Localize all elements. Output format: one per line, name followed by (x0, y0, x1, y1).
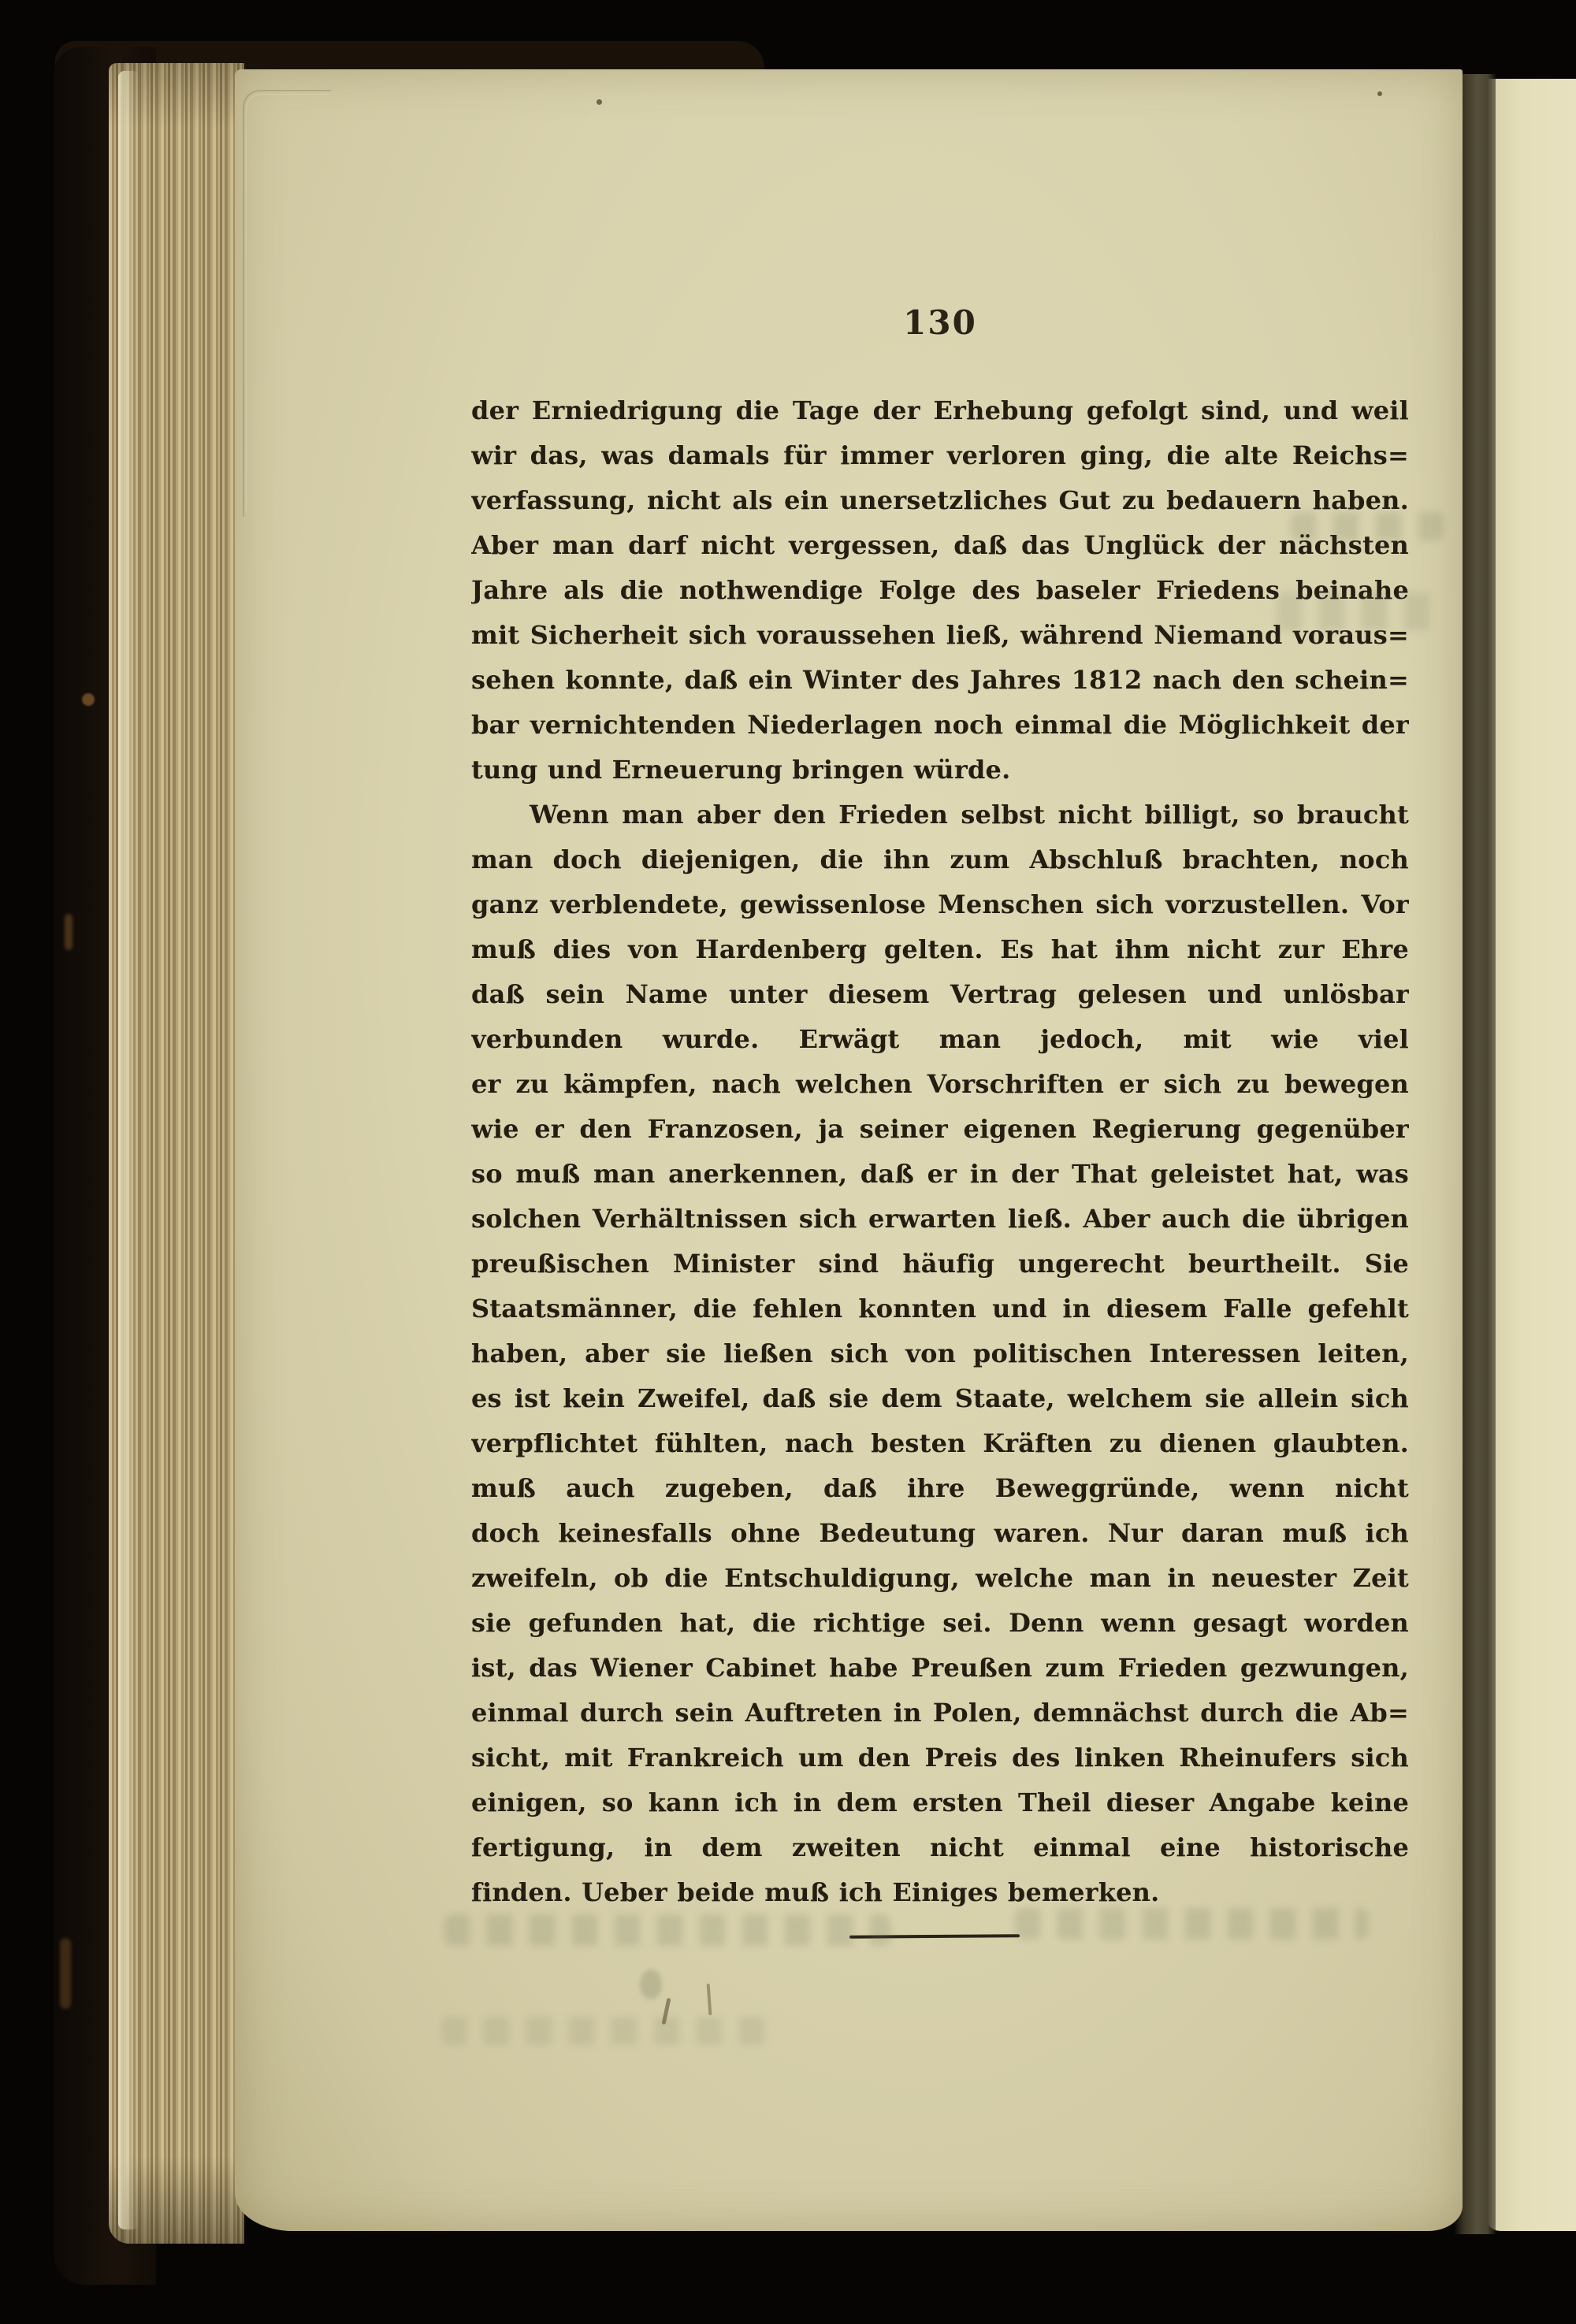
text-line: doch keinesfalls ohne Bedeutung waren. N… (471, 1511, 1409, 1556)
text-line: tung und Erneuerung bringen würde. (471, 748, 1409, 793)
text-line: sie gefunden hat, die richtige sei. Denn… (471, 1601, 1409, 1646)
book-page: 130 der Erniedrigung die Tage der Erhebu… (235, 69, 1463, 2231)
text-line: fertigung, in dem zweiten nicht einmal e… (471, 1825, 1409, 1870)
showthrough-signature-mark (640, 1969, 662, 1999)
text-line: es ist kein Zweifel, daß sie dem Staate,… (471, 1376, 1409, 1421)
page-stack-highlight (118, 71, 139, 2229)
cover-marble-fleck (82, 693, 95, 706)
text-line: preußischen Minister sind häufig ungerec… (471, 1242, 1409, 1286)
text-line: verfassung, nicht als ein unersetzliches… (471, 478, 1409, 523)
text-line: sehen konnte, daß ein Winter des Jahres … (471, 658, 1409, 703)
cover-marble-fleck (60, 1938, 71, 2009)
showthrough-smudge (441, 2017, 772, 2045)
paper-speck (1377, 91, 1382, 96)
showthrough-smudge (444, 1914, 890, 1946)
facing-page-edge (1486, 79, 1576, 2231)
text-line: sicht, mit Frankreich um den Preis des l… (471, 1736, 1409, 1780)
text-line: verbunden wurde. Erwägt man jedoch, mit … (471, 1017, 1409, 1062)
text-line: Aber man darf nicht vergessen, daß das U… (471, 523, 1409, 568)
text-block: der Erniedrigung die Tage der Erhebung g… (471, 388, 1409, 1915)
showthrough-smudge (1277, 592, 1442, 630)
text-line: ist, das Wiener Cabinet habe Preußen zum… (471, 1646, 1409, 1691)
text-line: haben, aber sie ließen sich von politisc… (471, 1331, 1409, 1376)
showthrough-smudge (1015, 1908, 1368, 1940)
page-number: 130 (471, 306, 1409, 340)
text-line: ganz verblendete, gewissenlose Menschen … (471, 882, 1409, 927)
text-line: man doch diejenigen, die ihn zum Abschlu… (471, 837, 1409, 882)
text-line: zweifeln, ob die Entschuldigung, welche … (471, 1556, 1409, 1601)
text-line: Wenn man aber den Frieden selbst nicht b… (471, 793, 1409, 837)
text-line: der Erniedrigung die Tage der Erhebung g… (471, 388, 1409, 433)
text-line: bar vernichtenden Niederlagen noch einma… (471, 703, 1409, 748)
text-line: wir das, was damals für immer verloren g… (471, 433, 1409, 478)
text-line: so muß man anerkennen, daß er in der Tha… (471, 1152, 1409, 1197)
text-line: verpflichtet fühlten, nach besten Kräfte… (471, 1421, 1409, 1466)
text-line: einigen, so kann ich in dem ersten Theil… (471, 1780, 1409, 1825)
text-line: solchen Verhältnissen sich erwarten ließ… (471, 1197, 1409, 1242)
text-line: Jahre als die nothwendige Folge des base… (471, 568, 1409, 613)
text-line: Staatsmänner, die fehlen konnten und in … (471, 1286, 1409, 1331)
paper-speck (597, 99, 602, 105)
cover-marble-fleck (65, 914, 72, 950)
text-line: daß sein Name unter diesem Vertrag geles… (471, 972, 1409, 1017)
showthrough-smudge (1291, 512, 1445, 540)
text-line: wie er den Franzosen, ja seiner eigenen … (471, 1107, 1409, 1152)
blind-emboss-frame-highlight (246, 94, 327, 512)
text-line: muß auch zugeben, daß ihre Beweggründe, … (471, 1466, 1409, 1511)
text-line: mit Sicherheit sich voraussehen ließ, wä… (471, 613, 1409, 658)
text-line: er zu kämpfen, nach welchen Vorschriften… (471, 1062, 1409, 1107)
paper-scratch (707, 1984, 712, 2015)
text-line: muß dies von Hardenberg gelten. Es hat i… (471, 927, 1409, 972)
text-line: einmal durch sein Auftreten in Polen, de… (471, 1691, 1409, 1736)
